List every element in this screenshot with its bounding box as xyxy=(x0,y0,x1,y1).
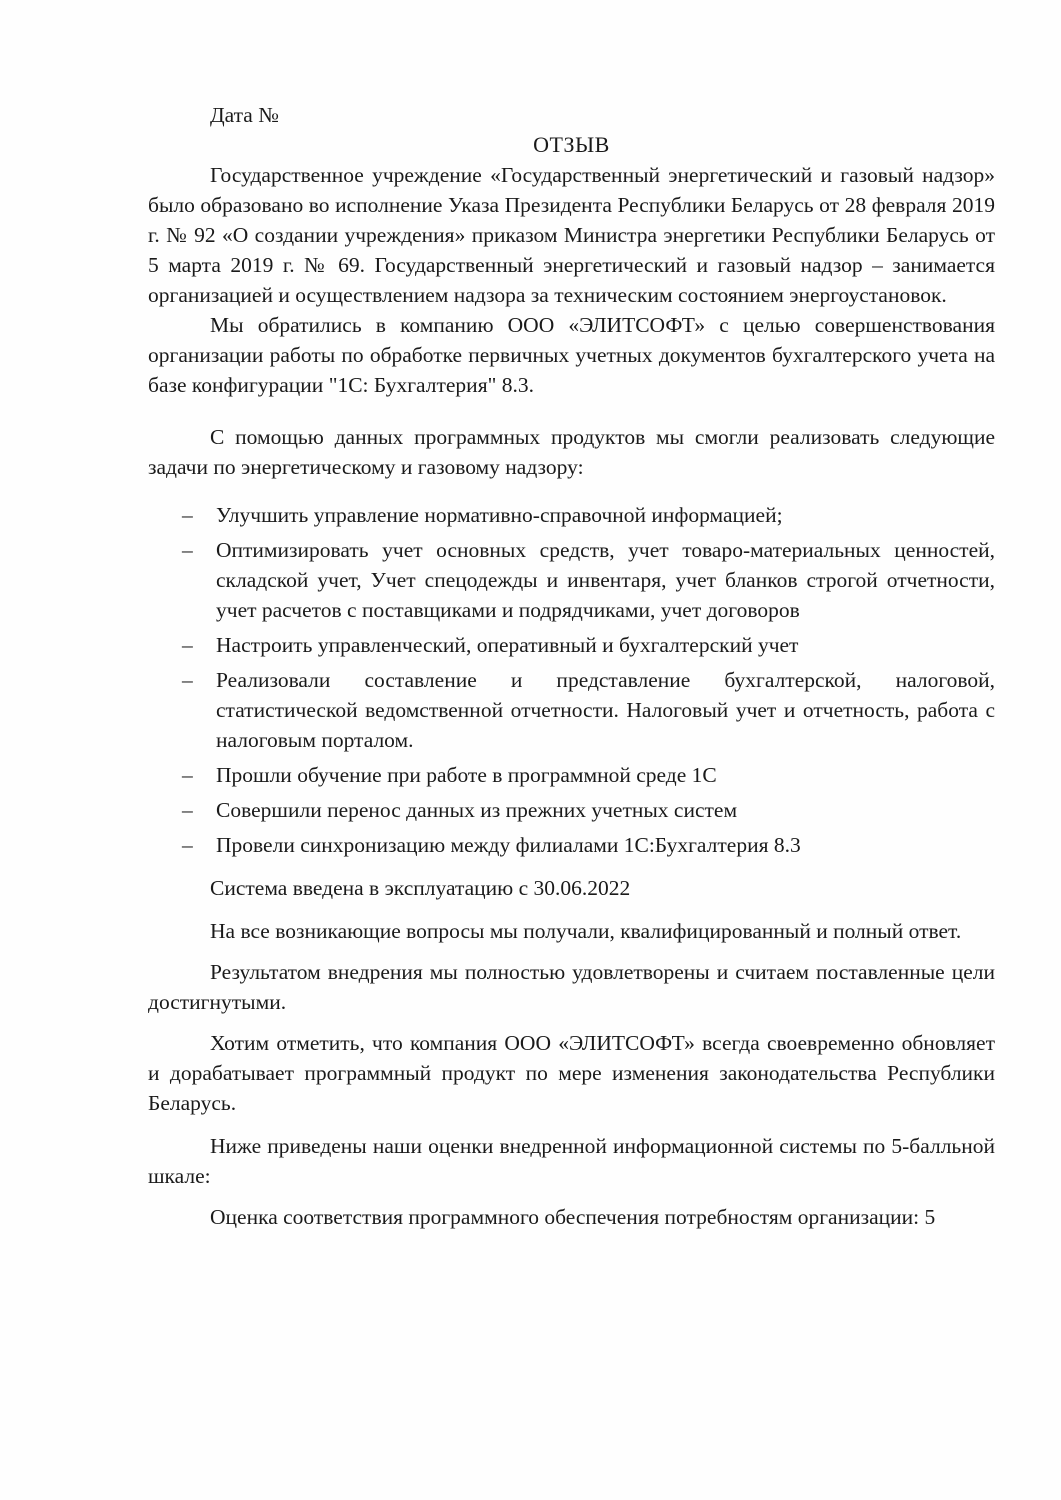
paragraph-support-quality: На все возникающие вопросы мы получали, … xyxy=(148,916,995,946)
task-list-item-text: Оптимизировать учет основных средств, уч… xyxy=(216,538,995,622)
task-list-item-text: Прошли обучение при работе в программной… xyxy=(216,763,717,787)
paragraph-vendor-updates: Хотим отметить, что компания ООО «ЭЛИТСО… xyxy=(148,1028,995,1118)
task-list-item-text: Реализовали составление и представление … xyxy=(216,668,995,752)
intro-paragraph-tasks-lead-in: С помощью данных программных продуктов м… xyxy=(148,422,995,482)
paragraph-ratings-lead-in: Ниже приведены наши оценки внедренной ин… xyxy=(148,1131,995,1191)
task-list-item-text: Провели синхронизацию между филиалами 1С… xyxy=(216,833,801,857)
dash-bullet-icon: – xyxy=(182,665,193,695)
intro-paragraph-founding: Государственное учреждение «Государствен… xyxy=(148,160,995,310)
dash-bullet-icon: – xyxy=(182,500,193,530)
date-number-line: Дата № xyxy=(148,100,995,130)
intro-paragraph-elitsoft-engagement: Мы обратились в компанию ООО «ЭЛИТСОФТ» … xyxy=(148,310,995,400)
task-list-item: – Провели синхронизацию между филиалами … xyxy=(148,830,995,860)
task-list-item: – Настроить управленческий, оперативный … xyxy=(148,630,995,660)
paragraph-results-satisfaction: Результатом внедрения мы полностью удовл… xyxy=(148,957,995,1017)
task-list-item: – Реализовали составление и представлени… xyxy=(148,665,995,755)
task-list-item-text: Совершили перенос данных из прежних учет… xyxy=(216,798,737,822)
paragraph-software-fit-rating: Оценка соответствия программного обеспеч… xyxy=(148,1202,995,1232)
task-list: – Улучшить управление нормативно-справоч… xyxy=(148,500,995,860)
task-list-item: – Улучшить управление нормативно-справоч… xyxy=(148,500,995,530)
dash-bullet-icon: – xyxy=(182,535,193,565)
dash-bullet-icon: – xyxy=(182,630,193,660)
task-list-item-text: Настроить управленческий, оперативный и … xyxy=(216,633,798,657)
task-list-item: – Совершили перенос данных из прежних уч… xyxy=(148,795,995,825)
dash-bullet-icon: – xyxy=(182,830,193,860)
task-list-item: – Прошли обучение при работе в программн… xyxy=(148,760,995,790)
task-list-item: – Оптимизировать учет основных средств, … xyxy=(148,535,995,625)
document-page: Дата № ОТЗЫВ Государственное учреждение … xyxy=(0,0,1061,1500)
dash-bullet-icon: – xyxy=(182,760,193,790)
document-content: Дата № ОТЗЫВ Государственное учреждение … xyxy=(0,0,1061,1232)
dash-bullet-icon: – xyxy=(182,795,193,825)
paragraph-system-launch-date: Система введена в эксплуатацию с 30.06.2… xyxy=(148,873,995,903)
document-title: ОТЗЫВ xyxy=(148,130,995,160)
task-list-item-text: Улучшить управление нормативно-справочно… xyxy=(216,503,783,527)
